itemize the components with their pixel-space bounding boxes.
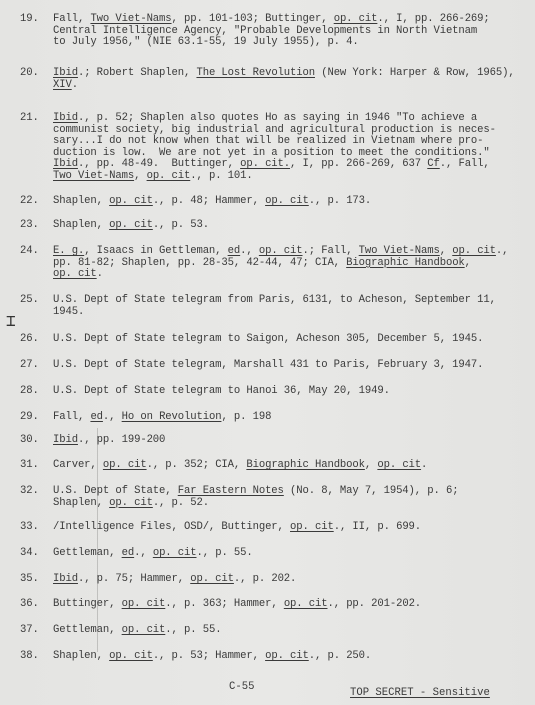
footnote-number: 29. bbox=[20, 412, 50, 424]
citation-text: , I, pp. 266-269, 637 bbox=[290, 158, 427, 170]
footnote-number: 36. bbox=[20, 599, 50, 611]
underlined-citation: Cf bbox=[427, 158, 439, 170]
footnote-line: Fall, ed., Ho on Revolution, p. 198 bbox=[53, 412, 523, 424]
footnote-text: U.S. Dept of State telegram to Saigon, A… bbox=[53, 334, 523, 346]
citation-text: ., bbox=[496, 245, 508, 257]
footnote-number: 28. bbox=[20, 386, 50, 398]
footnote-number: 26. bbox=[20, 334, 50, 346]
footnote-number: 27. bbox=[20, 360, 50, 372]
citation-text: (New York: Harper & Row, 1965), bbox=[315, 67, 515, 79]
citation-text: Buttinger, bbox=[53, 598, 122, 610]
citation-text: communist society, big industrial and ag… bbox=[53, 124, 496, 136]
footnote-text: E. g., Isaacs in Gettleman, ed., op. cit… bbox=[53, 246, 523, 281]
citation-text: ., p. 53; Hammer, bbox=[153, 650, 265, 662]
footnote-text: Ibid.; Robert Shaplen, The Lost Revoluti… bbox=[53, 68, 523, 91]
underlined-citation: op. cit. bbox=[240, 158, 290, 170]
underlined-citation: op. cit bbox=[290, 521, 334, 533]
citation-text: Shaplen, bbox=[53, 497, 109, 509]
citation-text: ., pp. 48-49. Buttinger, bbox=[78, 158, 240, 170]
underlined-citation: Biographic Handbook bbox=[246, 459, 365, 471]
footnote-text: Carver, op. cit., p. 352; CIA, Biographi… bbox=[53, 460, 523, 472]
citation-text: 1945. bbox=[53, 306, 84, 318]
citation-text: U.S. Dept of State, bbox=[53, 485, 178, 497]
footnote-text: Ibid., p. 52; Shaplen also quotes Ho as … bbox=[53, 113, 523, 183]
footnote-text: Fall, Two Viet-Nams, pp. 101-103; Buttin… bbox=[53, 14, 523, 49]
underlined-citation: op. cit bbox=[334, 13, 378, 25]
footnote-text: Buttinger, op. cit., p. 363; Hammer, op.… bbox=[53, 599, 523, 611]
citation-text: ., bbox=[134, 547, 153, 559]
underlined-citation: op. cit bbox=[53, 268, 97, 280]
citation-text: ., p. 101. bbox=[190, 170, 252, 182]
citation-text: ., bbox=[240, 245, 259, 257]
footnote-line: Ibid., p. 75; Hammer, op. cit., p. 202. bbox=[53, 574, 523, 586]
citation-text: ., p. 55. bbox=[197, 547, 253, 559]
footnote-line: Ibid., pp. 199-200 bbox=[53, 435, 523, 447]
citation-text: , Isaacs in Gettleman, bbox=[84, 245, 227, 257]
citation-text: . bbox=[421, 459, 427, 471]
underlined-citation: Two Viet-Nams bbox=[90, 13, 171, 25]
underlined-citation: XIV bbox=[53, 79, 72, 91]
footnote-number: 33. bbox=[20, 522, 50, 534]
citation-text: /Intelligence Files, OSD/, Buttinger, bbox=[53, 521, 290, 533]
underlined-citation: ed bbox=[122, 547, 134, 559]
footnote-text: Gettleman, op. cit., p. 55. bbox=[53, 625, 523, 637]
footnote-number: 38. bbox=[20, 651, 50, 663]
citation-text: , p. 198 bbox=[221, 411, 271, 423]
citation-text: , bbox=[440, 245, 452, 257]
footnote-line: op. cit. bbox=[53, 269, 523, 281]
footnote-number: 23. bbox=[20, 220, 50, 232]
citation-text: duction is low. We are not yet in a posi… bbox=[53, 147, 490, 159]
document-page: 19.Fall, Two Viet-Nams, pp. 101-103; But… bbox=[0, 0, 535, 705]
text-cursor-icon: ⌶ bbox=[6, 311, 16, 330]
citation-text: ., bbox=[103, 411, 122, 423]
footnote-line: Shaplen, op. cit., p. 48; Hammer, op. ci… bbox=[53, 196, 523, 208]
citation-text: ., Fall, bbox=[440, 158, 490, 170]
citation-text: U.S. Dept of State telegram to Saigon, A… bbox=[53, 333, 483, 345]
underlined-citation: op. cit bbox=[190, 573, 234, 585]
citation-text: ., p. 173. bbox=[309, 195, 371, 207]
citation-text: , bbox=[134, 170, 146, 182]
underlined-citation: The Lost Revolution bbox=[196, 67, 315, 79]
citation-text: U.S. Dept of State telegram, Marshall 43… bbox=[53, 359, 483, 371]
citation-text: .; Robert Shaplen, bbox=[78, 67, 197, 79]
underlined-citation: op. cit bbox=[265, 650, 309, 662]
footnote-line: Ibid.; Robert Shaplen, The Lost Revoluti… bbox=[53, 68, 523, 80]
citation-text: Carver, bbox=[53, 459, 103, 471]
footnote-text: U.S. Dept of State telegram, Marshall 43… bbox=[53, 360, 523, 372]
footnote-line: Shaplen, op. cit., p. 52. bbox=[53, 498, 523, 510]
footnote-line: XIV. bbox=[53, 80, 523, 92]
footnote-line: to July 1956," (NIE 63.1-55, 19 July 195… bbox=[53, 37, 523, 49]
underlined-citation: op. cit bbox=[265, 195, 309, 207]
footnote-number: 25. bbox=[20, 295, 50, 307]
footnote-line: Carver, op. cit., p. 352; CIA, Biographi… bbox=[53, 460, 523, 472]
citation-text: ., p. 52; Shaplen also quotes Ho as sayi… bbox=[78, 112, 477, 124]
footnote-line: 1945. bbox=[53, 307, 523, 319]
citation-text: Shaplen, bbox=[53, 195, 109, 207]
citation-text: Shaplen, bbox=[53, 650, 109, 662]
footnote-text: U.S. Dept of State telegram from Paris, … bbox=[53, 295, 523, 318]
underlined-citation: Biographic Handbook bbox=[346, 257, 465, 269]
footnote-line: Shaplen, op. cit., p. 53; Hammer, op. ci… bbox=[53, 651, 523, 663]
footnote-text: U.S. Dept of State, Far Eastern Notes (N… bbox=[53, 486, 523, 509]
underlined-citation: op. cit bbox=[153, 547, 197, 559]
underlined-citation: Two Viet-Nams bbox=[359, 245, 440, 257]
footnote-text: U.S. Dept of State telegram to Hanoi 36,… bbox=[53, 386, 523, 398]
citation-text: pp. 81-82; Shaplen, pp. 28-35, 42-44, 47… bbox=[53, 257, 346, 269]
footnote-line: U.S. Dept of State telegram to Hanoi 36,… bbox=[53, 386, 523, 398]
underlined-citation: op. cit bbox=[377, 459, 421, 471]
footnote-text: Ibid., pp. 199-200 bbox=[53, 435, 523, 447]
underlined-citation: ed bbox=[90, 411, 102, 423]
citation-text: .; Fall, bbox=[303, 245, 359, 257]
footnote-line: Shaplen, op. cit., p. 53. bbox=[53, 220, 523, 232]
underlined-citation: Far Eastern Notes bbox=[178, 485, 284, 497]
underlined-citation: op. cit bbox=[147, 170, 191, 182]
footnote-line: /Intelligence Files, OSD/, Buttinger, op… bbox=[53, 522, 523, 534]
footnote-line: Two Viet-Nams, op. cit., p. 101. bbox=[53, 171, 523, 183]
underlined-citation: op. cit bbox=[109, 195, 153, 207]
footnote-line: U.S. Dept of State telegram from Paris, … bbox=[53, 295, 523, 307]
footnote-text: Fall, ed., Ho on Revolution, p. 198 bbox=[53, 412, 523, 424]
underlined-citation: op. cit bbox=[109, 497, 153, 509]
footnote-text: Shaplen, op. cit., p. 53. bbox=[53, 220, 523, 232]
footnote-line: Gettleman, op. cit., p. 55. bbox=[53, 625, 523, 637]
footnote-number: 21. bbox=[20, 113, 50, 125]
footnote-text: /Intelligence Files, OSD/, Buttinger, op… bbox=[53, 522, 523, 534]
footnote-number: 35. bbox=[20, 574, 50, 586]
underlined-citation: Ibid bbox=[53, 434, 78, 446]
underlined-citation: op. cit bbox=[109, 650, 153, 662]
footnote-number: 22. bbox=[20, 196, 50, 208]
underlined-citation: ed bbox=[228, 245, 240, 257]
underlined-citation: Ibid bbox=[53, 158, 78, 170]
citation-text: ., pp. 199-200 bbox=[78, 434, 165, 446]
footnote-number: 37. bbox=[20, 625, 50, 637]
underlined-citation: op. cit bbox=[259, 245, 303, 257]
citation-text: ., pp. 201-202. bbox=[327, 598, 421, 610]
footnote-text: Shaplen, op. cit., p. 48; Hammer, op. ci… bbox=[53, 196, 523, 208]
underlined-citation: op. cit bbox=[103, 459, 147, 471]
citation-text: ., II, p. 699. bbox=[334, 521, 421, 533]
footnote-number: 30. bbox=[20, 435, 50, 447]
citation-text: ., p. 53. bbox=[153, 219, 209, 231]
citation-text: to July 1956," (NIE 63.1-55, 19 July 195… bbox=[53, 36, 359, 48]
footnote-text: Gettleman, ed., op. cit., p. 55. bbox=[53, 548, 523, 560]
underlined-citation: E. g. bbox=[53, 245, 84, 257]
citation-text: ., p. 250. bbox=[309, 650, 371, 662]
footnote-line: U.S. Dept of State telegram to Saigon, A… bbox=[53, 334, 523, 346]
underlined-citation: op. cit bbox=[284, 598, 328, 610]
classification-marking: TOP SECRET - Sensitive bbox=[350, 687, 490, 699]
citation-text: U.S. Dept of State telegram from Paris, … bbox=[53, 294, 496, 306]
page-number: C-55 bbox=[229, 681, 254, 693]
underlined-citation: op. cit bbox=[109, 219, 153, 231]
footnote-number: 20. bbox=[20, 68, 50, 80]
citation-text: , pp. 101-103; Buttinger, bbox=[172, 13, 334, 25]
footnote-number: 31. bbox=[20, 460, 50, 472]
footnote-number: 34. bbox=[20, 548, 50, 560]
underlined-citation: Ibid bbox=[53, 112, 78, 124]
citation-text: ., p. 352; CIA, bbox=[147, 459, 247, 471]
underlined-citation: op. cit bbox=[122, 598, 166, 610]
citation-text: ., p. 52. bbox=[153, 497, 209, 509]
footnote-text: Shaplen, op. cit., p. 53; Hammer, op. ci… bbox=[53, 651, 523, 663]
citation-text: sary...I do not know when that will be r… bbox=[53, 135, 483, 147]
citation-text: , bbox=[365, 459, 377, 471]
footnote-number: 32. bbox=[20, 486, 50, 498]
citation-text: ., p. 55. bbox=[165, 624, 221, 636]
footnote-number: 24. bbox=[20, 246, 50, 258]
footnote-line: pp. 81-82; Shaplen, pp. 28-35, 42-44, 47… bbox=[53, 258, 523, 270]
footnote-line: Gettleman, ed., op. cit., p. 55. bbox=[53, 548, 523, 560]
underlined-citation: op. cit bbox=[452, 245, 496, 257]
citation-text: ., p. 75; Hammer, bbox=[78, 573, 190, 585]
citation-text: ., I, pp. 266-269; bbox=[377, 13, 489, 25]
citation-text: Fall, bbox=[53, 411, 90, 423]
underlined-citation: Ibid bbox=[53, 67, 78, 79]
underlined-citation: Two Viet-Nams bbox=[53, 170, 134, 182]
footnote-line: Buttinger, op. cit., p. 363; Hammer, op.… bbox=[53, 599, 523, 611]
footnote-number: 19. bbox=[20, 14, 50, 26]
citation-text: ., p. 202. bbox=[234, 573, 296, 585]
citation-text: Central Intelligence Agency, "Probable D… bbox=[53, 25, 477, 37]
citation-text: ., p. 363; Hammer, bbox=[165, 598, 284, 610]
citation-text: Fall, bbox=[53, 13, 90, 25]
citation-text: , bbox=[465, 257, 471, 269]
citation-text: ., p. 48; Hammer, bbox=[153, 195, 265, 207]
footnote-text: Ibid., p. 75; Hammer, op. cit., p. 202. bbox=[53, 574, 523, 586]
citation-text: Gettleman, bbox=[53, 624, 122, 636]
underlined-citation: Ibid bbox=[53, 573, 78, 585]
citation-text: Gettleman, bbox=[53, 547, 122, 559]
citation-text: (No. 8, May 7, 1954), p. 6; bbox=[284, 485, 459, 497]
citation-text: Shaplen, bbox=[53, 219, 109, 231]
footnote-line: U.S. Dept of State telegram, Marshall 43… bbox=[53, 360, 523, 372]
underlined-citation: Ho on Revolution bbox=[122, 411, 222, 423]
citation-text: U.S. Dept of State telegram to Hanoi 36,… bbox=[53, 385, 390, 397]
underlined-citation: op. cit bbox=[122, 624, 166, 636]
citation-text: . bbox=[97, 268, 103, 280]
citation-text: . bbox=[72, 79, 78, 91]
